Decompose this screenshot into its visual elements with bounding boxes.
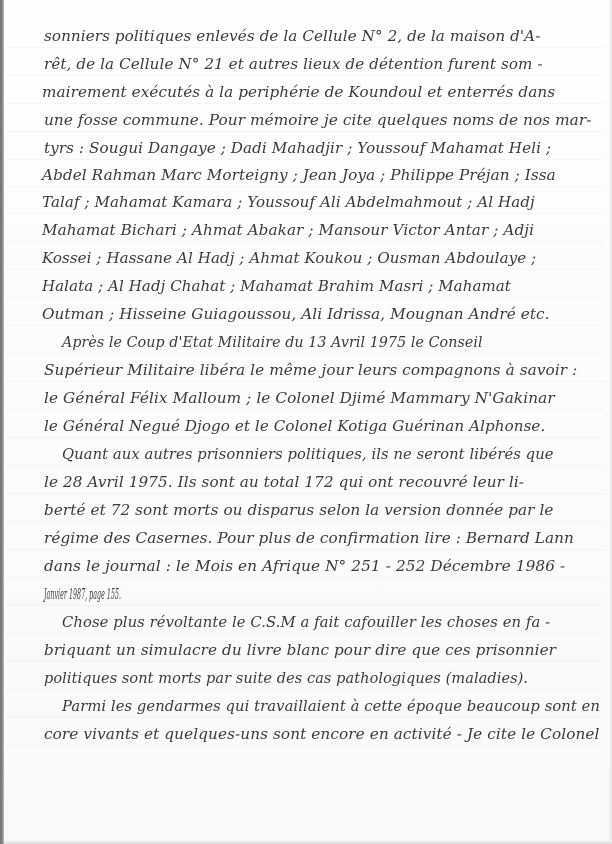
text-line-3: mairement exécutés à la periphérie de Ko… <box>42 82 598 102</box>
text-line-9: Kossei ; Hassane Al Hadj ; Ahmat Koukou … <box>42 248 592 268</box>
handwritten-text-body: sonniers politiques enlevés de la Cellul… <box>0 0 612 844</box>
paragraph-start-chose-plus-revoltante: Chose plus révoltante le C.S.M a fait ca… <box>62 612 602 632</box>
paragraph-start-autres-prisonniers: Quant aux autres prisonniers politiques,… <box>62 444 600 464</box>
text-line-10: Halata ; Al Hadj Chahat ; Mahamat Brahim… <box>42 276 590 296</box>
text-line-8: Mahamat Bichari ; Ahmat Abakar ; Mansour… <box>42 220 598 240</box>
text-line-2: rêt, de la Cellule N° 21 et autres lieux… <box>44 54 598 74</box>
text-line-5: tyrs : Sougui Dangaye ; Dadi Mahadjir ; … <box>44 138 598 158</box>
text-line-18: berté et 72 sont morts ou disparus selon… <box>44 500 600 520</box>
text-line-20: dans le journal : le Mois en Afrique N° … <box>44 556 604 576</box>
text-line-21: Janvier 1987, page 155. <box>44 584 274 604</box>
paragraph-start-parmi-les-gendarmes: Parmi les gendarmes qui travaillaient à … <box>62 696 600 716</box>
text-line-13: Supérieur Militaire libéra le même jour … <box>44 360 602 380</box>
text-line-23: briquant un simulacre du livre blanc pou… <box>44 640 600 660</box>
text-line-11: Outman ; Hisseine Guiagoussou, Ali Idris… <box>42 304 598 324</box>
scanned-page: sonniers politiques enlevés de la Cellul… <box>0 0 612 844</box>
text-line-4: une fosse commune. Pour mémoire je cite … <box>44 110 602 130</box>
text-line-14: le Général Félix Malloum ; le Colonel Dj… <box>44 388 602 408</box>
text-line-17: le 28 Avril 1975. Ils sont au total 172 … <box>44 472 600 492</box>
text-line-7: Talaf ; Mahamat Kamara ; Youssouf Ali Ab… <box>42 192 592 212</box>
text-line-19: régime des Casernes. Pour plus de confir… <box>44 528 600 548</box>
text-line-24: politiques sont morts par suite des cas … <box>44 668 574 688</box>
text-line-1: sonniers politiques enlevés de la Cellul… <box>44 26 598 46</box>
text-line-26: core vivants et quelques-uns sont encore… <box>44 724 602 744</box>
text-line-15: le Général Negué Djogo et le Colonel Kot… <box>44 416 596 436</box>
text-line-6: Abdel Rahman Marc Morteigny ; Jean Joya … <box>42 165 598 185</box>
paragraph-start-coup-d-etat: Après le Coup d'Etat Militaire du 13 Avr… <box>62 332 582 352</box>
